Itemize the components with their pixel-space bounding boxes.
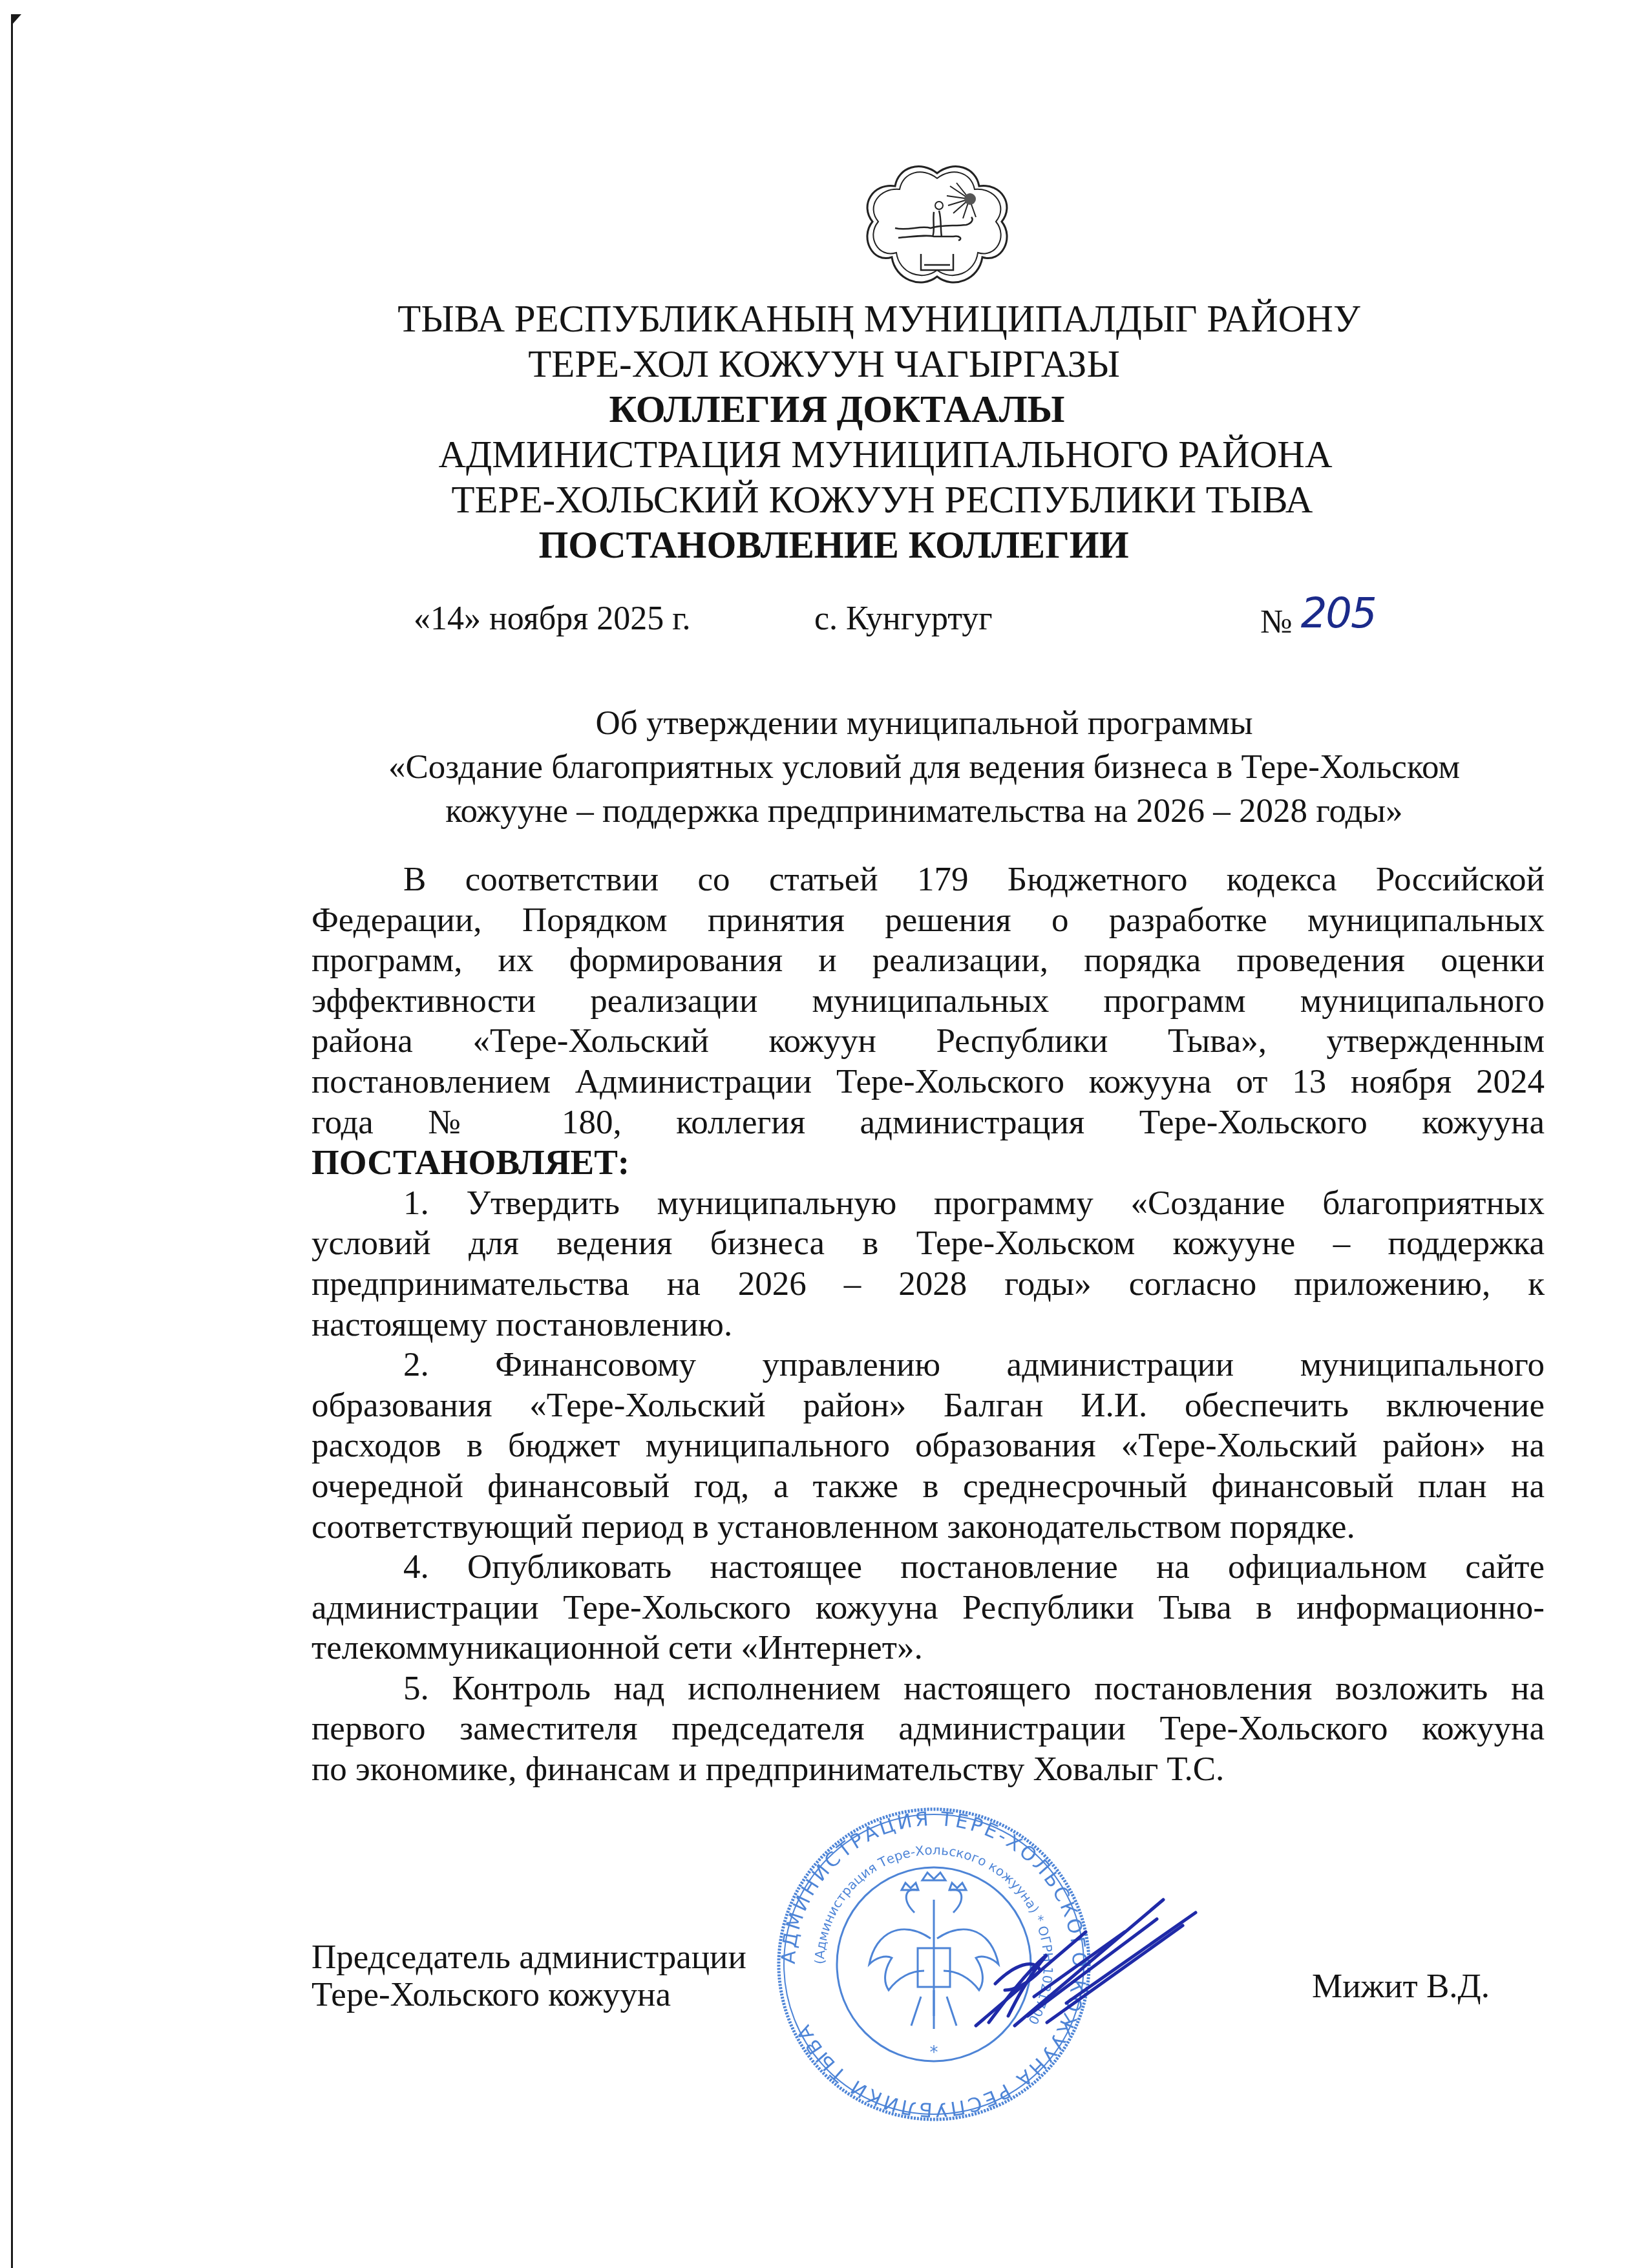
item-line: соответствующий период в установленном з… — [312, 1507, 1545, 1548]
svg-text:*: * — [930, 2043, 938, 2063]
tuva-emblem-icon — [856, 160, 1018, 296]
preamble-line: района «Тере-Хольский кожуун Республики … — [312, 1021, 1545, 1062]
preamble-line: В соответствии со статьей 179 Бюджетного… — [312, 859, 1545, 900]
handwritten-signature-icon — [969, 1893, 1202, 2035]
preamble-paragraph: В соответствии со статьей 179 Бюджетного… — [312, 859, 1545, 1183]
header-russian-line-2: ТЕРЕ-ХОЛЬСКИЙ КОЖУУН РЕСПУБЛИКИ ТЫВА — [0, 477, 1648, 522]
document-place: с. Кунгуртуг — [814, 600, 993, 638]
header-tuvan-line-3: КОЛЛЕГИЯ ДОКТААЛЫ — [0, 386, 1648, 432]
item-line: администрации Тере-Хольского кожууна Рес… — [312, 1588, 1545, 1628]
item-4: 4. Опубликовать настоящее постановление … — [312, 1547, 1545, 1668]
preamble-line: постановлением Администрации Тере-Хольск… — [312, 1062, 1545, 1102]
item-line: условий для ведения бизнеса в Тере-Хольс… — [312, 1223, 1545, 1264]
item-2: 2. Финансовому управлению администрации … — [312, 1345, 1545, 1547]
signatory-position-line-2: Тере-Хольского кожууна — [312, 1976, 746, 2013]
signatory-position-line-1: Председатель администрации — [312, 1938, 746, 1976]
item-line: образования «Тере-Хольский район» Балган… — [312, 1385, 1545, 1426]
title-line-2: «Создание благоприятных условий для веде… — [291, 745, 1558, 789]
item-5: 5. Контроль над исполнением настоящего п… — [312, 1668, 1545, 1790]
signatory-name: Мижит В.Д. — [1312, 1968, 1490, 2005]
document-header: ТЫВА РЕСПУБЛИКАНЫҢ МУНИЦИПАЛДЫГ РАЙОНУ Т… — [0, 296, 1648, 567]
item-line: 2. Финансовому управлению администрации … — [312, 1345, 1545, 1385]
preamble-line: года № 180, коллегия администрация Тере-… — [312, 1102, 1545, 1143]
title-line-1: Об утверждении муниципальной программы — [291, 701, 1558, 745]
resolution-title: Об утверждении муниципальной программы «… — [291, 701, 1558, 833]
number-label: № — [1260, 604, 1293, 640]
item-line: расходов в бюджет муниципального образов… — [312, 1425, 1545, 1466]
resolution-body: В соответствии со статьей 179 Бюджетного… — [312, 859, 1545, 1790]
preamble-line: эффективности реализации муниципальных п… — [312, 981, 1545, 1022]
signatory-position: Председатель администрации Тере-Хольског… — [312, 1938, 746, 2013]
item-line: 1. Утвердить муниципальную программу «Со… — [312, 1183, 1545, 1224]
preamble-line: Федерации, Порядком принятия решения о р… — [312, 900, 1545, 941]
item-line: по экономике, финансам и предприниматель… — [312, 1749, 1545, 1790]
item-line: 4. Опубликовать настоящее постановление … — [312, 1547, 1545, 1588]
title-line-3: кожууне – поддержка предпринимательства … — [291, 789, 1558, 833]
preamble-line: программ, их формирования и реализации, … — [312, 940, 1545, 981]
item-line: 5. Контроль над исполнением настоящего п… — [312, 1668, 1545, 1709]
document-number: № 205 — [1260, 600, 1376, 642]
item-line: очередной финансовый год, а также в сред… — [312, 1466, 1545, 1507]
item-line: предпринимательства на 2026 – 2028 годы»… — [312, 1264, 1545, 1305]
item-line: настоящему постановлению. — [312, 1305, 1545, 1345]
resolves-keyword: ПОСТАНОВЛЯЕТ: — [312, 1142, 1545, 1183]
header-tuvan-line-1: ТЫВА РЕСПУБЛИКАНЫҢ МУНИЦИПАЛДЫГ РАЙОНУ — [0, 296, 1648, 341]
header-russian-line-1: АДМИНИСТРАЦИЯ МУНИЦИПАЛЬНОГО РАЙОНА — [0, 432, 1648, 477]
header-tuvan-line-2: ТЕРЕ-ХОЛ КОЖУУН ЧАГЫРГАЗЫ — [0, 341, 1648, 386]
document-type-title: ПОСТАНОВЛЕНИЕ КОЛЛЕГИИ — [0, 522, 1648, 567]
document-date: «14» ноября 2025 г. — [414, 600, 691, 638]
scan-page-corner — [11, 14, 21, 26]
item-line: первого заместителя председателя админис… — [312, 1708, 1545, 1749]
item-line: телекоммуникационной сети «Интернет». — [312, 1628, 1545, 1668]
handwritten-number: 205 — [1301, 590, 1376, 638]
item-1: 1. Утвердить муниципальную программу «Со… — [312, 1183, 1545, 1345]
